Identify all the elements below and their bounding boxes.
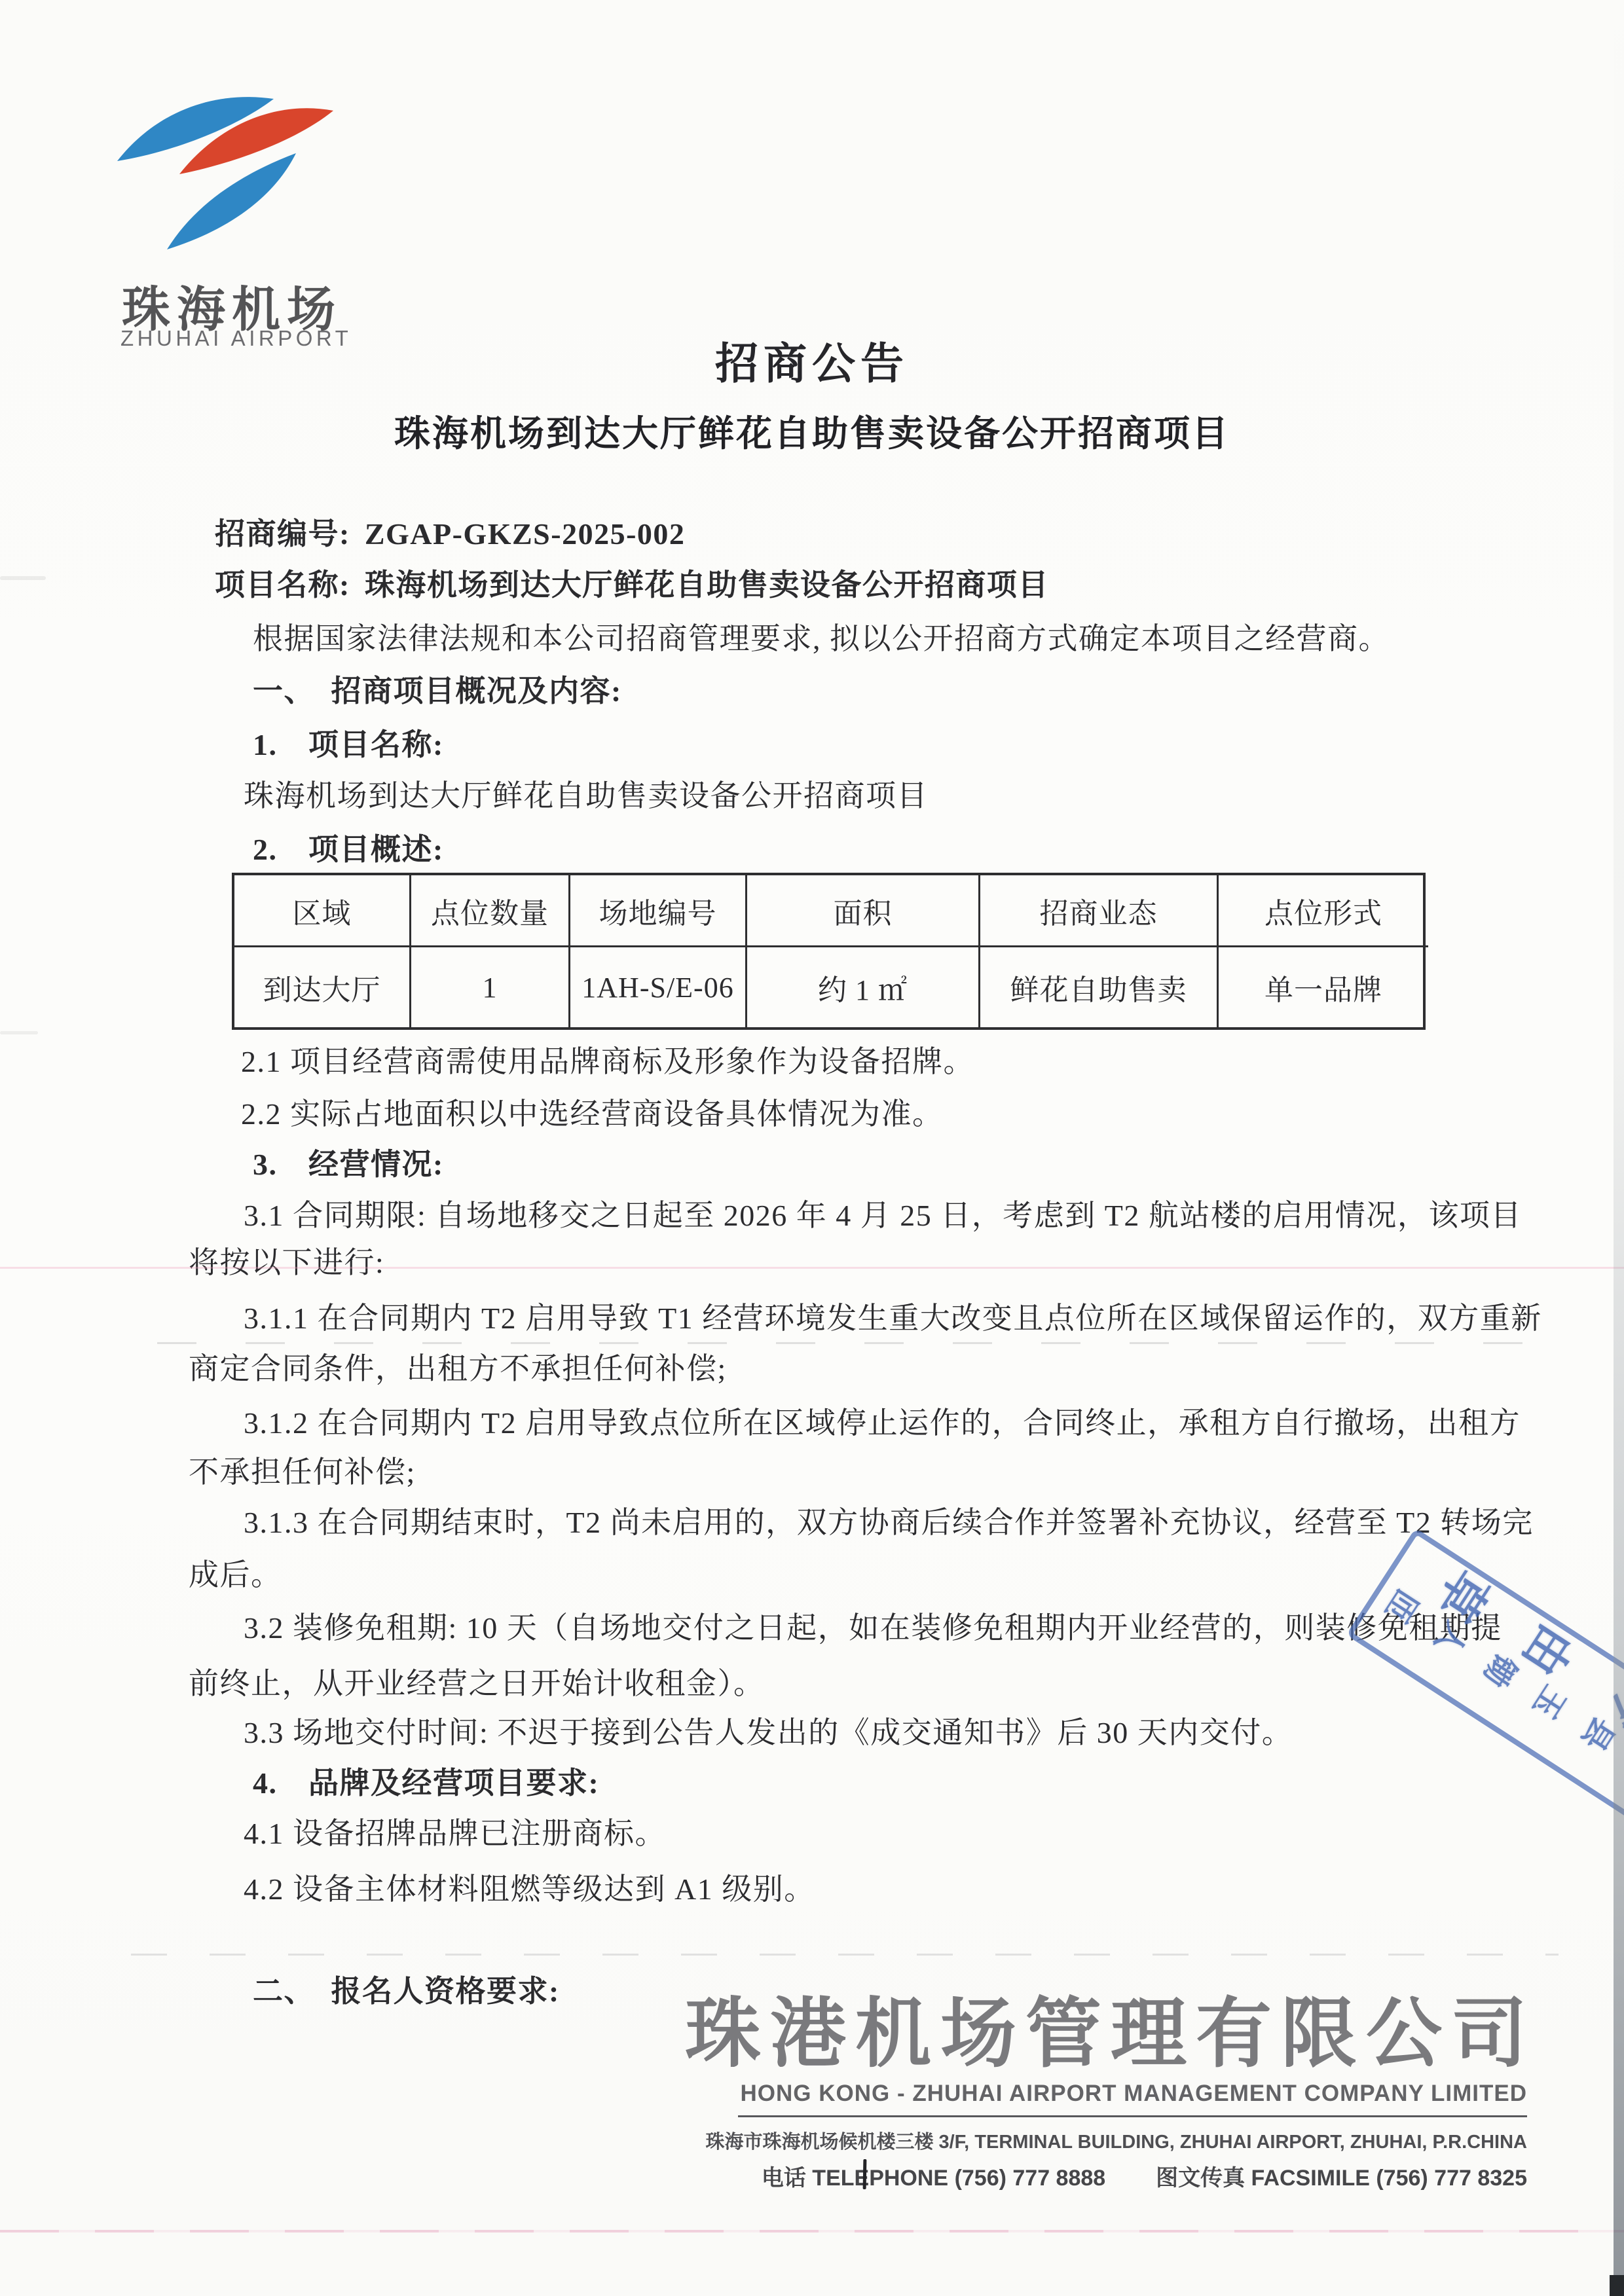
table-header-cell: 面积 — [747, 875, 980, 947]
section-heading: 二、 报名人资格要求: — [253, 1975, 560, 2009]
body-line: 珠海机场到达大厅鲜花自助售卖设备公开招商项目 — [244, 779, 928, 814]
table-cell: 1AH-S/E-06 — [570, 947, 747, 1027]
footer-contact-line: 电话 TELEPHONE (756) 777 8888 图文传真 FACSIMI… — [762, 2160, 1527, 2192]
blue-ink-company-stamp: 草 由 今 匝 人 锄 玉 县 区 — [1346, 1528, 1624, 1828]
footer-address: 珠海市珠海机场候机楼三楼 3/F, TERMINAL BUILDING, ZHU… — [705, 2127, 1527, 2154]
facsimile-number: (756) 777 8325 — [1376, 2166, 1527, 2191]
page-title: 招商公告 — [0, 329, 1624, 391]
body-line: 商定合同条件，出租方不承担任何补偿; — [189, 1352, 727, 1387]
table-cell: 到达大厅 — [234, 947, 411, 1027]
table-header-cell: 点位数量 — [411, 875, 570, 947]
body-line: 2.1 项目经营商需使用品牌商标及形象作为设备招牌。 — [241, 1045, 974, 1080]
footer-divider — [738, 2115, 1527, 2117]
table-cell: 约 1 ㎡ — [747, 947, 980, 1027]
scanned-document-page: 珠海机场 ZHUHAI AIRPORT 招商公告 珠海机场到达大厅鲜花自助售卖设… — [0, 0, 1624, 2296]
tender-number-value: ZGAP-GKZS-2025-002 — [365, 517, 686, 551]
table-header-cell: 场地编号 — [570, 875, 747, 947]
page-subtitle: 珠海机场到达大厅鲜花自助售卖设备公开招商项目 — [0, 405, 1624, 456]
project-name-label: 项目名称: — [215, 568, 350, 602]
body-line: 不承担任何补偿; — [189, 1455, 416, 1490]
body-line: 根据国家法律法规和本公司招商管理要求, 拟以公开招商方式确定本项目之经营商。 — [253, 622, 1390, 657]
table-cell: 单一品牌 — [1219, 947, 1428, 1027]
section-heading: 一、 招商项目概况及内容: — [253, 674, 622, 709]
body-line: 成后。 — [189, 1558, 282, 1593]
scan-artifact-smudge — [0, 576, 46, 580]
telephone-label: 电话 TELEPHONE — [762, 2166, 948, 2191]
scan-artifact-grey-line — [157, 1342, 1532, 1344]
body-line: 3.3 场地交付时间: 不迟于接到公告人发出的《成交通知书》后 30 天内交付。 — [244, 1716, 1293, 1751]
tender-number-line: 招商编号:ZGAP-GKZS-2025-002 — [215, 517, 685, 552]
scan-edge-dark-corner — [1610, 2275, 1624, 2296]
table-cell: 鲜花自助售卖 — [980, 947, 1219, 1027]
table-header-cell: 点位形式 — [1219, 875, 1428, 947]
body-line: 将按以下进行: — [189, 1246, 384, 1281]
table-header-cell: 招商业态 — [980, 875, 1219, 947]
body-line: 2.2 实际占地面积以中选经营商设备具体情况为准。 — [241, 1097, 944, 1132]
project-overview-table: 区域 点位数量 场地编号 面积 招商业态 点位形式 到达大厅 1 1AH-S/E… — [232, 873, 1426, 1030]
footer-company-block: 珠港机场管理有限公司 HONG KONG - ZHUHAI AIRPORT MA… — [685, 1995, 1527, 2192]
body-line: 3.1 合同期限: 自场地移交之日起至 2026 年 4 月 25 日，考虑到 … — [244, 1199, 1522, 1233]
section-heading: 1. 项目名称: — [253, 728, 444, 763]
project-name-line: 项目名称:珠海机场到达大厅鲜花自助售卖设备公开招商项目 — [215, 568, 1049, 603]
body-line: 4.2 设备主体材料阻燃等级达到 A1 级别。 — [244, 1872, 815, 1907]
tender-number-label: 招商编号: — [215, 517, 350, 551]
body-line: 3.1.1 在合同期内 T2 启用导致 T1 经营环境发生重大改变且点位所在区域… — [244, 1302, 1542, 1336]
footer-company-name-english: HONG KONG - ZHUHAI AIRPORT MANAGEMENT CO… — [741, 2081, 1528, 2107]
section-heading: 4. 品牌及经营项目要求: — [253, 1766, 599, 1801]
project-name-value: 珠海机场到达大厅鲜花自助售卖设备公开招商项目 — [365, 568, 1049, 602]
scan-artifact-pink-line — [0, 2230, 1624, 2232]
telephone-number: (756) 777 8888 — [955, 2166, 1106, 2191]
body-line: 3.1.3 在合同期结束时，T2 尚未启用的，双方协商后续合作并签署补充协议，经… — [244, 1506, 1534, 1540]
scan-artifact-smudge — [0, 1031, 38, 1034]
body-line: 3.2 装修免租期: 10 天（自场地交付之日起，如在装修免租期内开业经营的，则… — [244, 1611, 1502, 1646]
scan-artifact-grey-line — [131, 1954, 1559, 1956]
facsimile-label: 图文传真 FACSIMILE — [1156, 2166, 1370, 2191]
footer-company-name-chinese: 珠港机场管理有限公司 — [685, 1995, 1536, 2071]
body-line: 3.1.2 在合同期内 T2 启用导致点位所在区域停止运作的，合同终止，承租方自… — [244, 1406, 1521, 1441]
table-header-cell: 区域 — [234, 875, 411, 947]
table-cell: 1 — [411, 947, 570, 1027]
body-line: 4.1 设备招牌品牌已注册商标。 — [244, 1817, 666, 1851]
section-heading: 3. 经营情况: — [253, 1148, 444, 1182]
section-heading: 2. 项目概述: — [253, 833, 444, 867]
body-line: 前终止，从开业经营之日开始计收租金）。 — [189, 1667, 765, 1702]
